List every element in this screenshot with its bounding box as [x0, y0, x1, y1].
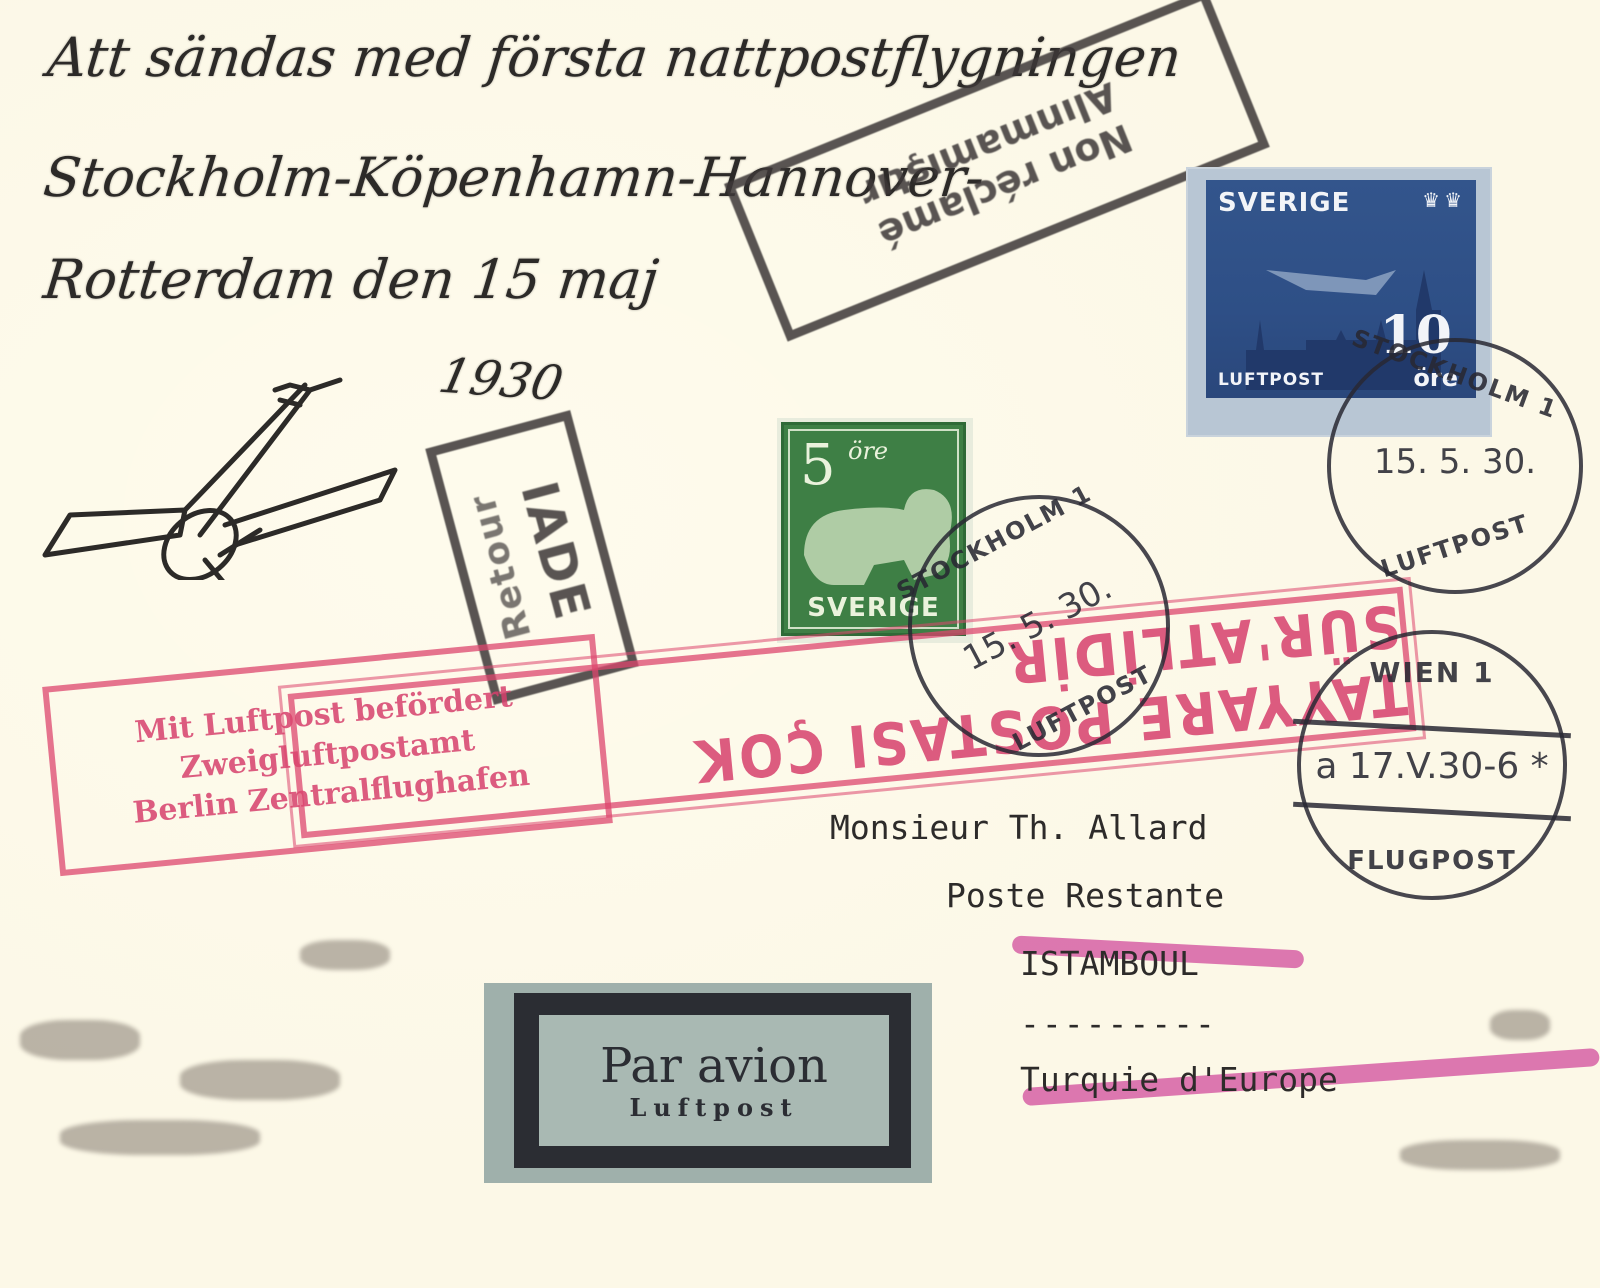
address-name: Monsieur Th. Allard: [830, 808, 1208, 847]
stamp-country: SVERIGE: [1218, 188, 1350, 218]
par-avion-title: Par avion: [600, 1039, 828, 1093]
postmark-service: FLUGPOST: [1301, 846, 1563, 876]
address-country: Turquie d'Europe: [1020, 1060, 1338, 1099]
dirt-smudge: [1400, 1140, 1560, 1170]
par-avion-subtitle: Luftpost: [629, 1093, 798, 1122]
postmark-place: WIEN 1: [1301, 656, 1563, 689]
dirt-smudge: [180, 1060, 340, 1100]
stamp-unit: öre: [848, 437, 888, 465]
address-poste-restante: Poste Restante: [946, 876, 1224, 915]
postmark-bar: [1293, 802, 1571, 822]
par-avion-label: Par avion Luftpost: [484, 983, 932, 1183]
postmark-date: 15. 5. 30.: [1331, 442, 1579, 482]
airplane-drawing-icon: [20, 350, 400, 580]
dirt-smudge: [20, 1020, 140, 1060]
address-divider: ---------: [1020, 1004, 1217, 1043]
dirt-smudge: [300, 940, 390, 970]
postmark-date: a 17.V.30-6 *: [1301, 746, 1563, 787]
postmark-stockholm-1: STOCKHOLM 1 15. 5. 30. LUFTPOST: [1327, 338, 1583, 594]
stamp-inscription: LUFTPOST: [1218, 370, 1324, 390]
postmark-bar: [1293, 719, 1571, 739]
address-city: ISTAMBOUL: [1020, 944, 1199, 983]
postmark-wien-1: WIEN 1 a 17.V.30-6 * FLUGPOST: [1297, 630, 1567, 900]
dirt-smudge: [1490, 1010, 1550, 1040]
envelope: Att sändas med första nattpostflygningen…: [0, 0, 1600, 1288]
dirt-smudge: [60, 1120, 260, 1155]
inscription-year: 1930: [434, 348, 568, 412]
three-crowns-icon: ♛♛: [1422, 188, 1466, 212]
postmark-service: LUFTPOST: [1333, 494, 1578, 597]
inscription-line-3: Rotterdam den 15 maj: [41, 248, 662, 311]
